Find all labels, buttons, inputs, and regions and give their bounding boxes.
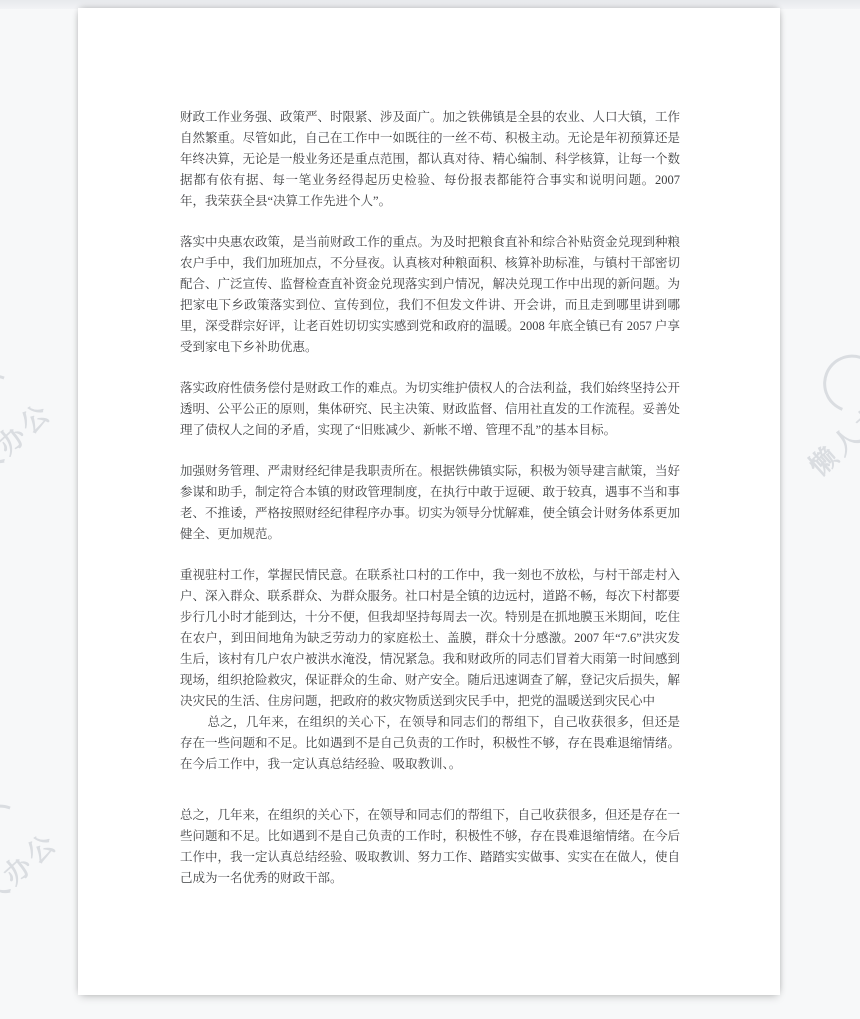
- watermark-swoosh-icon: [0, 365, 32, 442]
- paragraph-government-debt: 落实政府性债务偿付是财政工作的难点。为切实维护债权人的合法利益，我们始终坚持公开…: [180, 378, 680, 441]
- paragraph-summary-final: 总之，几年来，在组织的关心下，在领导和同志们的帮组下，自己收获很多，但还是存在一…: [180, 805, 680, 889]
- document-page: 财政工作业务强、政策严、时限紧、涉及面广。加之铁佛镇是全县的农业、人口大镇，工作…: [78, 8, 780, 995]
- paragraph-summary-draft: 总之，几年来，在组织的关心下，在领导和同志们的帮组下，自己收获很多，但还是存在一…: [180, 712, 680, 775]
- watermark-swoosh-icon: [814, 345, 860, 422]
- watermark-text: 懒人办公: [804, 377, 860, 482]
- paragraph-village-work: 重视驻村工作，掌握民情民意。在联系社口村的工作中，我一刻也不放松，与村干部走村入…: [180, 565, 680, 712]
- watermark-left-bottom: 懒人办公: [0, 822, 65, 934]
- watermark-right-mid: 懒人办公: [799, 372, 860, 484]
- paragraph-agriculture-policy: 落实中央惠农政策，是当前财政工作的重点。为及时把粮食直补和综合补贴资金兑现到种粮…: [180, 232, 680, 358]
- watermark-swoosh-icon: [0, 795, 38, 872]
- watermark-text: 懒人办公: [0, 827, 64, 932]
- paragraph-finance-work-overview: 财政工作业务强、政策严、时限紧、涉及面广。加之铁佛镇是全县的农业、人口大镇，工作…: [180, 107, 680, 212]
- watermark-left-mid: 懒人办公: [0, 392, 59, 504]
- document-body: 财政工作业务强、政策严、时限紧、涉及面广。加之铁佛镇是全县的农业、人口大镇，工作…: [180, 107, 680, 889]
- paragraph-financial-discipline: 加强财务管理、严肃财经纪律是我职责所在。根据铁佛镇实际，积极为领导建言献策，当好…: [180, 461, 680, 545]
- watermark-text: 懒人办公: [0, 397, 58, 502]
